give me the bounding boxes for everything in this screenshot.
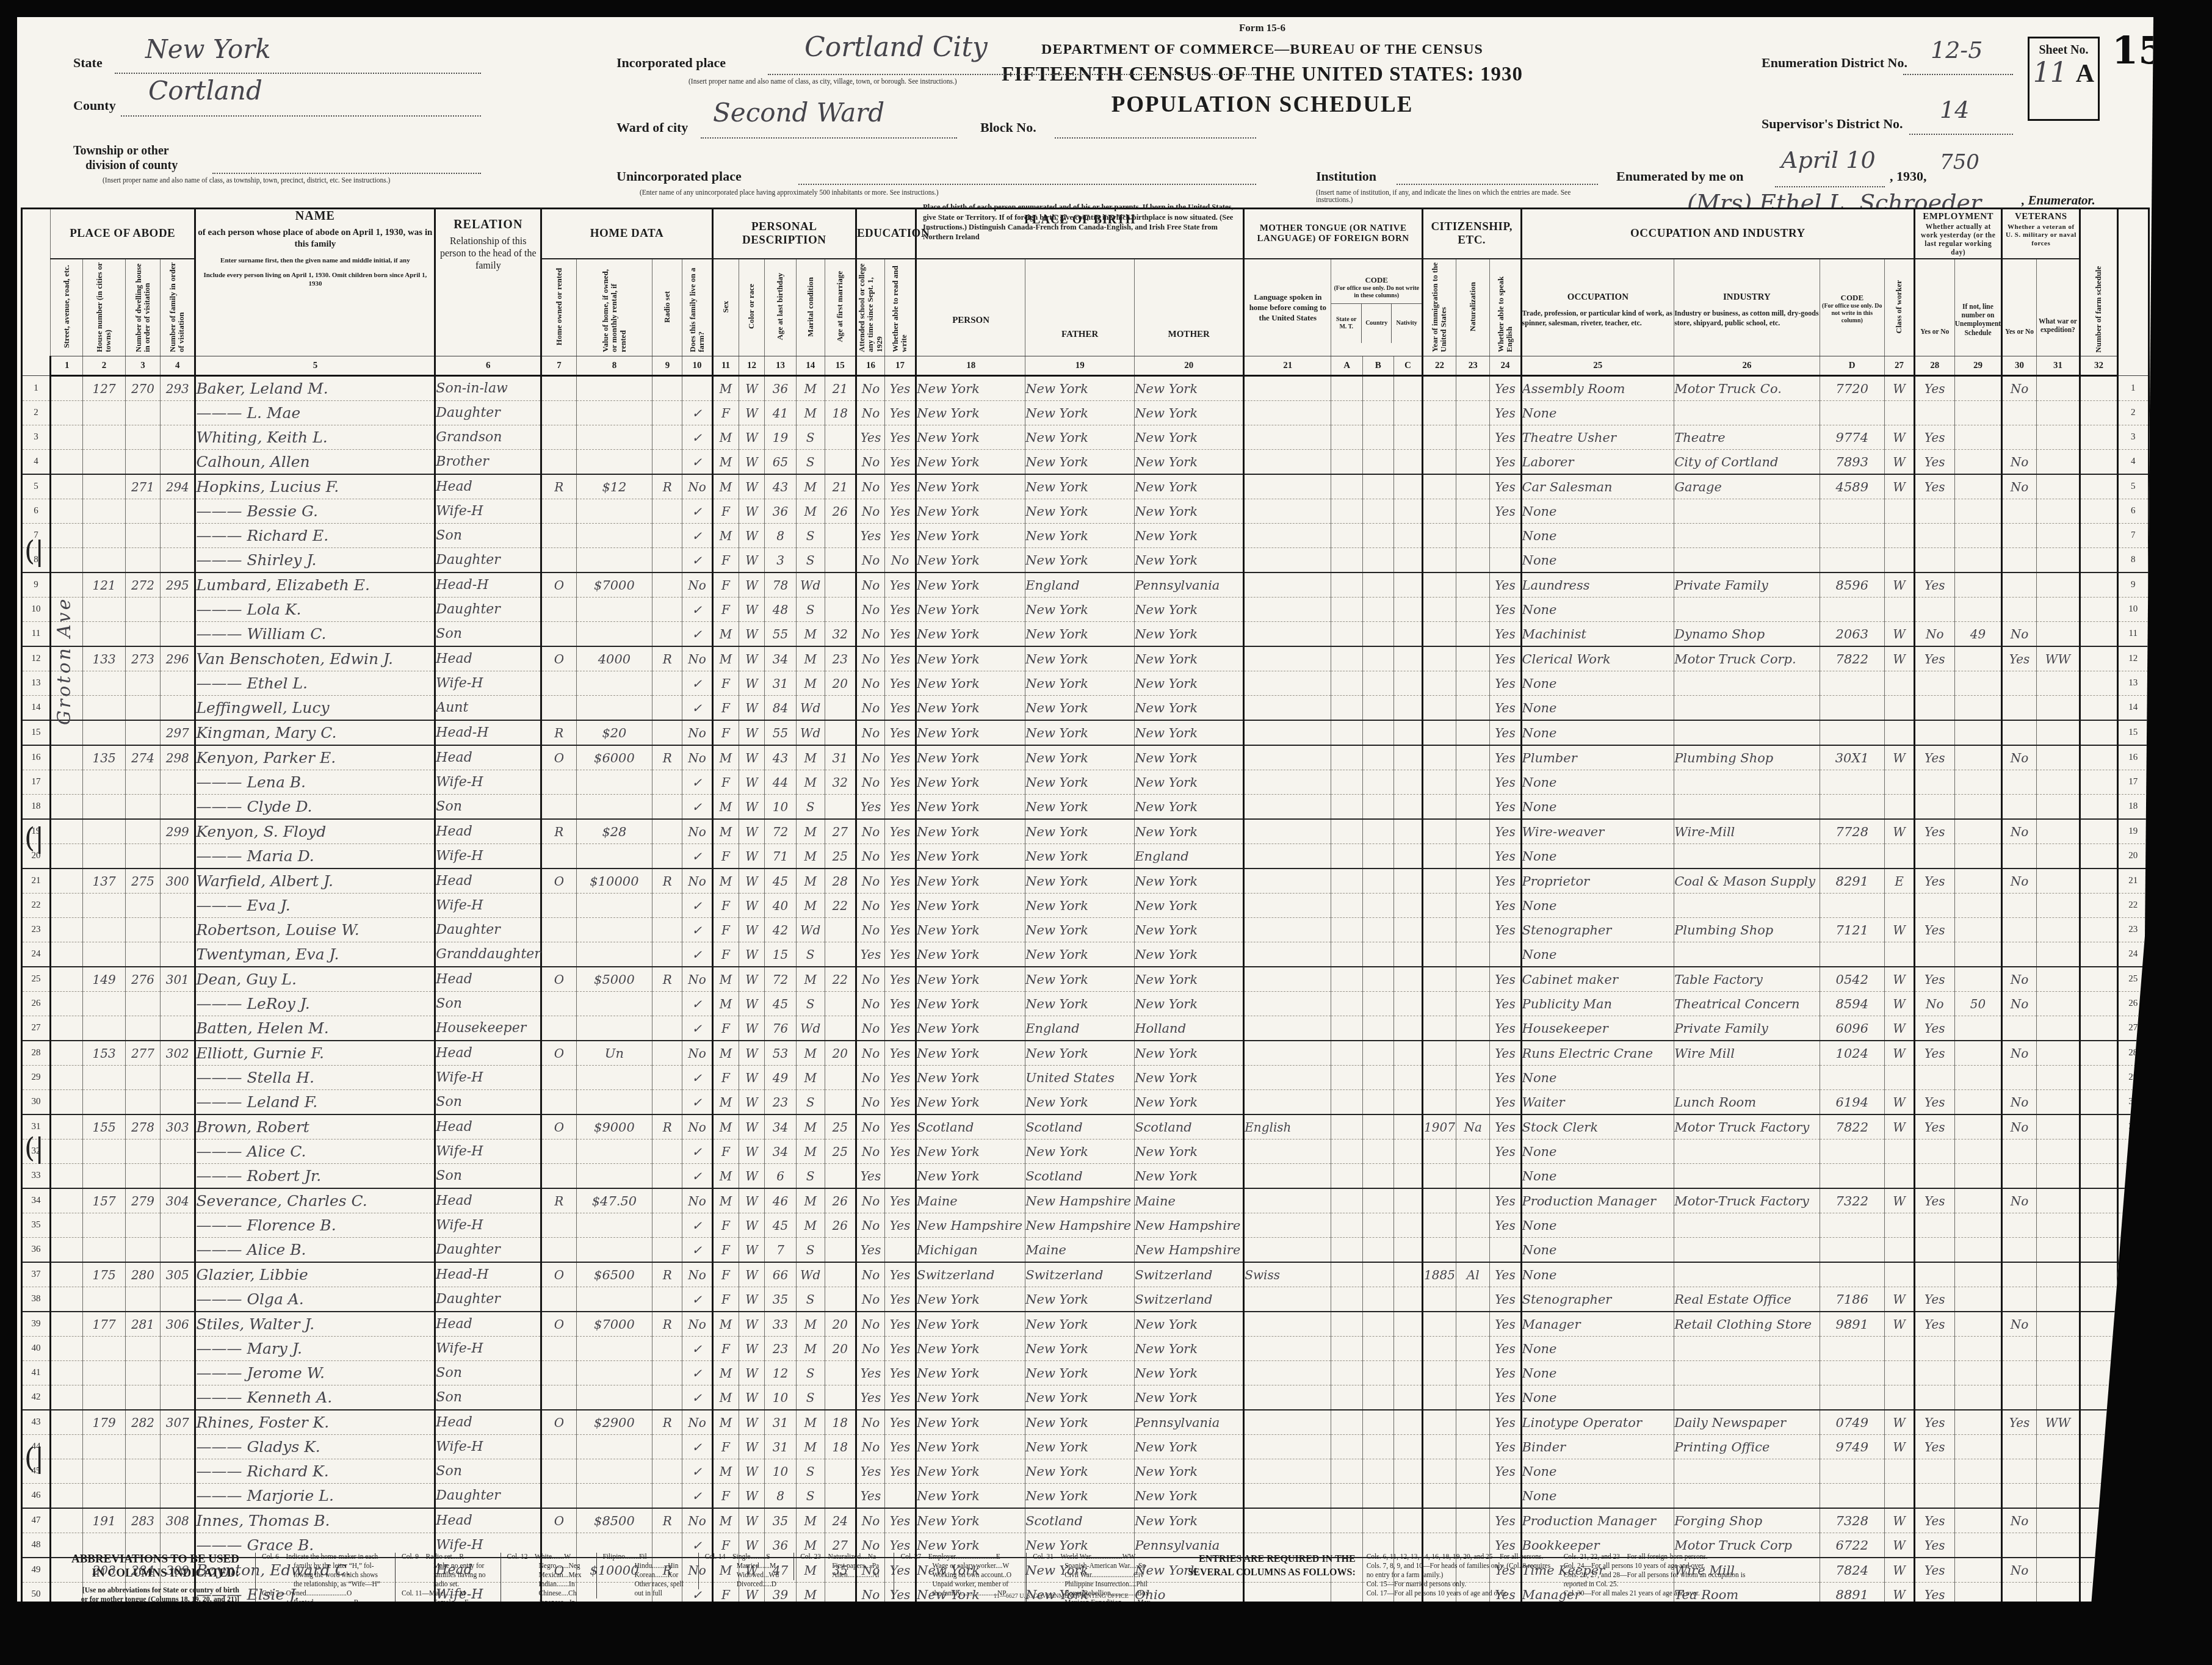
cell-age: 35 [765, 1508, 796, 1533]
cell-cb [1362, 1410, 1393, 1435]
cell-agem [825, 1016, 856, 1041]
col-street-header: Street, avenue, road, etc. [51, 259, 83, 356]
cell-bf: New York [1025, 524, 1135, 548]
cell-bf: New York [1025, 869, 1135, 894]
cell-imm [1422, 844, 1456, 869]
cell-name: Kenyon, S. Floyd [195, 819, 435, 844]
cell-ca [1331, 499, 1362, 524]
col-occupation-header: OCCUPATION Trade, profession, or particu… [1521, 259, 1674, 356]
cell-vet [2002, 1238, 2036, 1263]
cell-farm [682, 376, 712, 401]
cell-own [541, 918, 576, 942]
cell-fsch [2080, 1164, 2117, 1189]
cell-dw [125, 918, 160, 942]
cell-street [51, 1238, 83, 1263]
cell-eng: Yes [1490, 795, 1521, 820]
col-school-header: Attended school or college any time sinc… [856, 259, 884, 356]
cell-radio [652, 572, 682, 598]
cell-ind: Plumbing Shop [1674, 918, 1820, 942]
cell-own: R [541, 474, 576, 499]
cell-nat [1456, 1484, 1490, 1509]
cell-code: 0542 [1820, 967, 1884, 992]
cell-imm [1422, 548, 1456, 573]
enumeration-district-label: Enumeration District No. [1762, 55, 1907, 71]
cell-cc [1393, 1164, 1422, 1189]
cell-code [1820, 942, 1884, 967]
cell-sex: M [712, 450, 739, 475]
cell-dw [125, 1139, 160, 1164]
cell-ca [1331, 425, 1362, 450]
cell-race: W [739, 918, 765, 942]
cell-race: W [739, 499, 765, 524]
cell-bp: Michigan [916, 1238, 1025, 1263]
cell-ca [1331, 1016, 1362, 1041]
cell-race: W [739, 524, 765, 548]
cell-bp: New York [916, 720, 1025, 745]
cell-rel: Wife-H [435, 1066, 541, 1090]
cell-sch: Yes [856, 1459, 884, 1484]
cell-fsch [2080, 992, 2117, 1016]
cell-age: 23 [765, 1090, 796, 1115]
cell-sex: F [712, 548, 739, 573]
cell-sex: M [712, 745, 739, 770]
cell-ind: Lunch Room [1674, 1090, 1820, 1115]
person-row: 15297Kingman, Mary C.Head-HR$20NoFW55WdN… [22, 720, 2149, 745]
cell-rel: Daughter [435, 1238, 541, 1263]
cell-war [2036, 376, 2080, 401]
cell-val: $7000 [576, 572, 652, 598]
cell-val [576, 1066, 652, 1090]
cell-nat [1456, 1435, 1490, 1459]
cell-ln2: 39 [2117, 1312, 2149, 1337]
cell-eng: Yes [1490, 770, 1521, 795]
cell-unl [1954, 1484, 2002, 1509]
cell-vet: No [2002, 819, 2036, 844]
cell-val [576, 844, 652, 869]
cell-cls [1884, 548, 1914, 573]
cell-code: 9749 [1820, 1435, 1884, 1459]
column-number-8: 8 [576, 356, 652, 376]
cell-cls [1884, 1238, 1914, 1263]
cell-imm [1422, 1435, 1456, 1459]
cell-sex: F [712, 894, 739, 918]
column-number-15: 15 [825, 356, 856, 376]
cell-fam: 297 [161, 720, 195, 745]
cell-cc [1393, 770, 1422, 795]
person-row: 26——— LeRoy J.Son✓MW45SNoYesNew YorkNew … [22, 992, 2149, 1016]
cell-fam [161, 696, 195, 721]
cell-ln2: 41 [2117, 1361, 2149, 1385]
cell-fsch [2080, 1435, 2117, 1459]
cell-war [2036, 1262, 2080, 1287]
cell-age: 19 [765, 425, 796, 450]
cell-occ: None [1521, 671, 1674, 696]
cell-bp: New York [916, 474, 1025, 499]
person-row: 32——— Alice C.Wife-H✓FW34M25NoYesNew Yor… [22, 1139, 2149, 1164]
cell-ln2: 30 [2117, 1090, 2149, 1115]
cell-fam: 303 [161, 1114, 195, 1139]
cell-emp [1915, 401, 1954, 425]
cell-bp: New York [916, 548, 1025, 573]
cell-nat [1456, 1361, 1490, 1385]
cell-bp: New Hampshire [916, 1213, 1025, 1238]
cell-house: 149 [83, 967, 126, 992]
cell-house [83, 474, 126, 499]
census-scan-page: { "doc": { "form_no": "Form 15-6", "dept… [0, 0, 2212, 1665]
cell-eng [1490, 524, 1521, 548]
person-row: 17——— Lena B.Wife-H✓FW44M32NoYesNew York… [22, 770, 2149, 795]
cell-lang [1244, 745, 1331, 770]
cell-ln2: 34 [2117, 1188, 2149, 1213]
cell-imm [1422, 646, 1456, 671]
cell-sch: No [856, 1188, 884, 1213]
cell-dw: 282 [125, 1410, 160, 1435]
cell-ca [1331, 942, 1362, 967]
cell-radio: R [652, 1262, 682, 1287]
cell-fam [161, 671, 195, 696]
cell-mar: S [796, 795, 825, 820]
cell-bf: New York [1025, 894, 1135, 918]
cell-unl [1954, 572, 2002, 598]
cell-ln2: 24 [2117, 942, 2149, 967]
cell-agem: 32 [825, 622, 856, 647]
cell-sex: M [712, 1090, 739, 1115]
cell-fam: 294 [161, 474, 195, 499]
cell-vet: No [2002, 622, 2036, 647]
cell-fam [161, 1435, 195, 1459]
cell-eng: Yes [1490, 1213, 1521, 1238]
col-unemployment-line-header: If not, line number on Unemployment Sche… [1954, 259, 2002, 356]
cell-rw: Yes [884, 1287, 916, 1312]
cell-cb [1362, 1361, 1393, 1385]
cell-war [2036, 992, 2080, 1016]
cell-own [541, 671, 576, 696]
cell-lang [1244, 869, 1331, 894]
cell-emp: Yes [1915, 376, 1954, 401]
group-relation: RELATION Relationship of this person to … [435, 209, 541, 356]
cell-occ: Housekeeper [1521, 1016, 1674, 1041]
cell-sch: No [856, 1139, 884, 1164]
cell-age: 10 [765, 1459, 796, 1484]
cell-fam [161, 1385, 195, 1410]
footer-abbrev-block-5: Col. 14—Single.........SMarried......MWi… [698, 1553, 779, 1589]
cell-bm: Pennsylvania [1135, 1410, 1244, 1435]
cell-vet: No [2002, 376, 2036, 401]
cell-ln: 12 [22, 646, 51, 671]
cell-mar: M [796, 1410, 825, 1435]
cell-unl [1954, 1385, 2002, 1410]
cell-sex: F [712, 572, 739, 598]
cell-fsch [2080, 1090, 2117, 1115]
cell-mar: M [796, 1312, 825, 1337]
cell-emp: Yes [1915, 918, 1954, 942]
cell-bf: United States [1025, 1066, 1135, 1090]
cell-cb [1362, 598, 1393, 622]
person-row: 22——— Eva J.Wife-H✓FW40M22NoYesNew YorkN… [22, 894, 2149, 918]
cell-val [576, 1139, 652, 1164]
cell-house: 177 [83, 1312, 126, 1337]
cell-cls [1884, 942, 1914, 967]
cell-cls [1884, 696, 1914, 721]
cell-ind [1674, 1337, 1820, 1361]
cell-radio [652, 598, 682, 622]
cell-bf: New Hampshire [1025, 1188, 1135, 1213]
column-number-6: 6 [435, 356, 541, 376]
person-row: 16135274298Kenyon, Parker E.HeadO$6000RN… [22, 745, 2149, 770]
cell-val: Un [576, 1041, 652, 1066]
cell-imm [1422, 1312, 1456, 1337]
cell-sex: M [712, 1041, 739, 1066]
cell-sch: No [856, 598, 884, 622]
cell-age: 53 [765, 1041, 796, 1066]
cell-dw [125, 720, 160, 745]
cell-emp: Yes [1915, 819, 1954, 844]
cell-bf: New York [1025, 696, 1135, 721]
cell-race: W [739, 992, 765, 1016]
cell-bm: New York [1135, 967, 1244, 992]
cell-rw: Yes [884, 598, 916, 622]
cell-name: ——— Gladys K. [195, 1435, 435, 1459]
cell-lang [1244, 1213, 1331, 1238]
cell-code [1820, 548, 1884, 573]
cell-age: 49 [765, 1066, 796, 1090]
cell-ind: Wire-Mill [1674, 819, 1820, 844]
cell-ln2: 36 [2117, 1238, 2149, 1263]
col-code-abc-header: CODE (For office use only. Do not write … [1331, 259, 1422, 356]
cell-bf: New York [1025, 1385, 1135, 1410]
cell-occ: None [1521, 499, 1674, 524]
cell-code: 8594 [1820, 992, 1884, 1016]
cell-occ: Assembly Room [1521, 376, 1674, 401]
cell-cc [1393, 1041, 1422, 1066]
cell-nat [1456, 622, 1490, 647]
cell-age: 42 [765, 918, 796, 942]
cell-street [51, 1337, 83, 1361]
cell-dw [125, 696, 160, 721]
cell-dw: 283 [125, 1508, 160, 1533]
cell-lang [1244, 819, 1331, 844]
cell-imm [1422, 1139, 1456, 1164]
cell-vet [2002, 1287, 2036, 1312]
cell-occ: Production Manager [1521, 1188, 1674, 1213]
cell-war [2036, 795, 2080, 820]
cell-imm [1422, 942, 1456, 967]
cell-dw: 273 [125, 646, 160, 671]
cell-own: O [541, 1410, 576, 1435]
cell-occ: Stock Clerk [1521, 1114, 1674, 1139]
person-row: 1127270293Baker, Leland M.Son-in-lawMW36… [22, 376, 2149, 401]
cell-nat [1456, 869, 1490, 894]
township-label-1: Township or other [73, 144, 169, 158]
cell-fam [161, 401, 195, 425]
cell-eng: Yes [1490, 450, 1521, 475]
cell-own [541, 450, 576, 475]
person-row: 35——— Florence B.Wife-H✓FW45M26NoYesNew … [22, 1213, 2149, 1238]
cell-bp: New York [916, 450, 1025, 475]
cell-vet [2002, 401, 2036, 425]
cell-val [576, 499, 652, 524]
cell-rel: Head [435, 1041, 541, 1066]
cell-bm: New York [1135, 1164, 1244, 1189]
cell-sex: F [712, 1213, 739, 1238]
column-number-7: 7 [541, 356, 576, 376]
cell-code: 7121 [1820, 918, 1884, 942]
cell-bp: New York [916, 1410, 1025, 1435]
cell-race: W [739, 401, 765, 425]
cell-rw: No [884, 548, 916, 573]
cell-rw: Yes [884, 646, 916, 671]
cell-eng [1490, 1484, 1521, 1509]
cell-occ: Car Salesman [1521, 474, 1674, 499]
cell-emp: Yes [1915, 425, 1954, 450]
cell-cls [1884, 894, 1914, 918]
cell-dw [125, 992, 160, 1016]
cell-imm [1422, 598, 1456, 622]
cell-cb [1362, 1041, 1393, 1066]
cell-house [83, 696, 126, 721]
cell-emp [1915, 548, 1954, 573]
cell-mar: S [796, 1361, 825, 1385]
cell-mar: M [796, 401, 825, 425]
cell-unl [1954, 671, 2002, 696]
cell-name: Brown, Robert [195, 1114, 435, 1139]
cell-fam: 298 [161, 745, 195, 770]
cell-agem: 25 [825, 1139, 856, 1164]
cell-cc [1393, 1312, 1422, 1337]
cell-rel: Daughter [435, 548, 541, 573]
cell-race: W [739, 1090, 765, 1115]
cell-cls: W [1884, 1041, 1914, 1066]
cell-ln: 17 [22, 770, 51, 795]
cell-ln2: 28 [2117, 1041, 2149, 1066]
cell-ln: 34 [22, 1188, 51, 1213]
cell-race: W [739, 1508, 765, 1533]
cell-war [2036, 450, 2080, 475]
cell-age: 45 [765, 1213, 796, 1238]
cell-own [541, 1066, 576, 1090]
cell-fam [161, 1459, 195, 1484]
cell-rw: Yes [884, 942, 916, 967]
cell-imm: 1907 [1422, 1114, 1456, 1139]
cell-nat [1456, 474, 1490, 499]
cell-cls: E [1884, 869, 1914, 894]
supervisor-district-label: Supervisor's District No. [1762, 116, 1903, 132]
cell-war [2036, 967, 2080, 992]
cell-name: Calhoun, Allen [195, 450, 435, 475]
cell-ln2: 32 [2117, 1139, 2149, 1164]
cell-unl [1954, 819, 2002, 844]
cell-rel: Head [435, 646, 541, 671]
cell-ln: 5 [22, 474, 51, 499]
cell-bm: New York [1135, 1459, 1244, 1484]
person-row: 12133273296Van Benschoten, Edwin J.HeadO… [22, 646, 2149, 671]
cell-cls: W [1884, 967, 1914, 992]
cell-imm [1422, 1508, 1456, 1533]
cell-eng: Yes [1490, 869, 1521, 894]
cell-fsch [2080, 1139, 2117, 1164]
cell-fam [161, 548, 195, 573]
cell-nat [1456, 720, 1490, 745]
cell-lang [1244, 572, 1331, 598]
cell-vet [2002, 770, 2036, 795]
cell-unl [1954, 1312, 2002, 1337]
cell-agem [825, 1385, 856, 1410]
cell-imm [1422, 1287, 1456, 1312]
cell-agem: 18 [825, 401, 856, 425]
person-row: 3Whiting, Keith L.Grandson✓MW19SYesYesNe… [22, 425, 2149, 450]
cell-bm: New York [1135, 918, 1244, 942]
person-row: 45——— Richard K.Son✓MW10SYesYesNew YorkN… [22, 1459, 2149, 1484]
cell-fam [161, 1484, 195, 1509]
cell-house [83, 844, 126, 869]
cell-eng: Yes [1490, 1312, 1521, 1337]
cell-ind [1674, 894, 1820, 918]
person-row: 23Robertson, Louise W.Daughter✓FW42WdNoY… [22, 918, 2149, 942]
cell-cls: W [1884, 1016, 1914, 1041]
cell-sex: M [712, 1459, 739, 1484]
cell-agem: 26 [825, 1213, 856, 1238]
cell-rel: Head [435, 1508, 541, 1533]
cell-name: ——— Eva J. [195, 894, 435, 918]
unincorporated-note: (Enter name of any unincorporated place … [640, 189, 1250, 197]
cell-rel: Grandson [435, 425, 541, 450]
state-value: New York [145, 34, 271, 64]
cell-bm: New York [1135, 425, 1244, 450]
cell-ln: 35 [22, 1213, 51, 1238]
col-code-b-label: Country [1362, 304, 1392, 343]
cell-vet [2002, 1016, 2036, 1041]
cell-cb [1362, 499, 1393, 524]
cell-war [2036, 770, 2080, 795]
cell-ca [1331, 401, 1362, 425]
cell-lang [1244, 1337, 1331, 1361]
cell-eng: Yes [1490, 992, 1521, 1016]
cell-sex: F [712, 1287, 739, 1312]
cell-name: ——— L. Mae [195, 401, 435, 425]
cell-lang [1244, 1188, 1331, 1213]
cell-bf: New York [1025, 1041, 1135, 1066]
cell-cb [1362, 1262, 1393, 1287]
cell-code [1820, 671, 1884, 696]
cell-house [83, 1385, 126, 1410]
cell-sex: F [712, 1337, 739, 1361]
cell-unl [1954, 1287, 2002, 1312]
cell-fsch [2080, 401, 2117, 425]
cell-bf: Scotland [1025, 1508, 1135, 1533]
cell-bm: Maine [1135, 1188, 1244, 1213]
cell-age: 10 [765, 1385, 796, 1410]
cell-rel: Housekeeper [435, 1016, 541, 1041]
cell-house: 137 [83, 869, 126, 894]
cell-own [541, 992, 576, 1016]
cell-own: O [541, 572, 576, 598]
cell-cb [1362, 548, 1393, 573]
cell-cc [1393, 671, 1422, 696]
cell-nat [1456, 499, 1490, 524]
cell-age: 45 [765, 992, 796, 1016]
cell-war [2036, 598, 2080, 622]
cell-lang [1244, 548, 1331, 573]
cell-own: O [541, 745, 576, 770]
cell-sch: No [856, 992, 884, 1016]
cell-ca [1331, 1435, 1362, 1459]
cell-fsch [2080, 376, 2117, 401]
cell-name: Kenyon, Parker E. [195, 745, 435, 770]
cell-sch: No [856, 1041, 884, 1066]
cell-val [576, 942, 652, 967]
cell-ca [1331, 376, 1362, 401]
cell-ln: 30 [22, 1090, 51, 1115]
